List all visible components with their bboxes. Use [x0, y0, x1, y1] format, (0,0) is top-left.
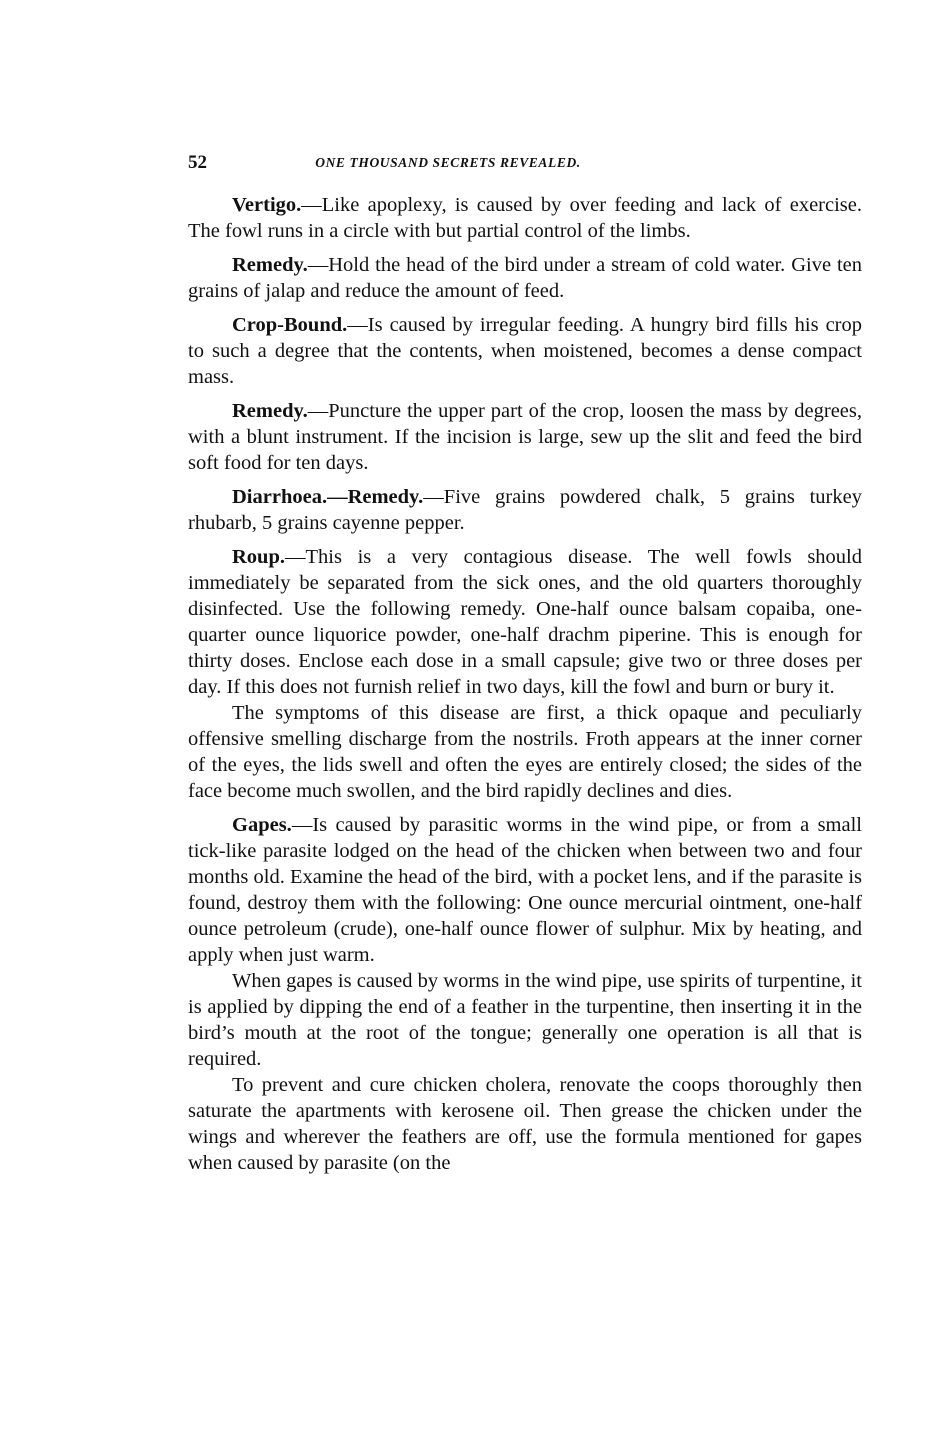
paragraph-text: To prevent and cure chicken cholera, ren… — [188, 1074, 862, 1174]
book-page: 52 ONE THOUSAND SECRETS REVEALED. Vertig… — [188, 152, 862, 1176]
paragraph-vertigo: Vertigo.—Like apoplexy, is caused by ove… — [188, 192, 862, 244]
paragraph-text: The symptoms of this disease are first, … — [188, 702, 862, 802]
paragraph-term: Remedy. — [232, 254, 308, 276]
paragraph-crop-bound: Crop-Bound.—Is caused by irregular feedi… — [188, 312, 862, 390]
paragraph-vertigo-remedy: Remedy.—Hold the head of the bird under … — [188, 252, 862, 304]
paragraph-term: Roup. — [232, 546, 285, 568]
paragraph-crop-bound-remedy: Remedy.—Puncture the upper part of the c… — [188, 398, 862, 476]
paragraph-gapes-worms: When gapes is caused by worms in the win… — [188, 968, 862, 1072]
running-head: 52 ONE THOUSAND SECRETS REVEALED. — [188, 152, 862, 178]
paragraph-text: —This is a very contagious disease. The … — [188, 546, 862, 698]
paragraph-term: Remedy. — [232, 400, 308, 422]
paragraph-chicken-cholera: To prevent and cure chicken cholera, ren… — [188, 1072, 862, 1176]
running-title: ONE THOUSAND SECRETS REVEALED. — [188, 155, 708, 171]
paragraph-term: Vertigo. — [232, 194, 301, 216]
paragraph-diarrhoea: Diarrhoea.—Remedy.—Five grains powdered … — [188, 484, 862, 536]
paragraph-roup: Roup.—This is a very contagious disease.… — [188, 544, 862, 700]
paragraph-term: Diarrhoea.—Remedy. — [232, 486, 423, 508]
paragraph-text: When gapes is caused by worms in the win… — [188, 970, 862, 1070]
paragraph-term: Crop-Bound. — [232, 314, 347, 336]
paragraph-gapes: Gapes.—Is caused by parasitic worms in t… — [188, 812, 862, 968]
paragraph-term: Gapes. — [232, 814, 292, 836]
paragraph-roup-symptoms: The symptoms of this disease are first, … — [188, 700, 862, 804]
paragraph-text: —Is caused by parasitic worms in the win… — [188, 814, 862, 966]
